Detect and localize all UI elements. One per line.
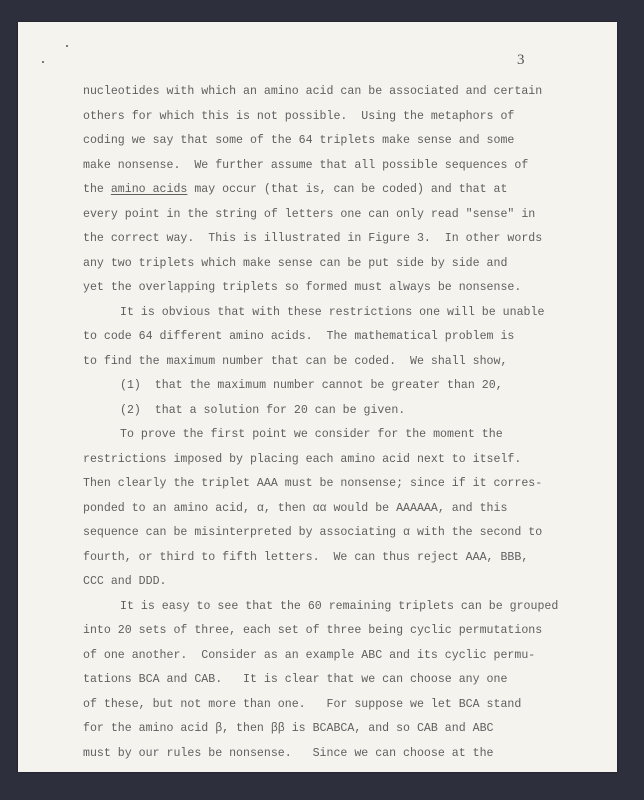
text-line: sequence can be misinterpreted by associ… <box>83 521 613 546</box>
paper-speck <box>42 61 44 63</box>
typewritten-body: nucleotides with which an amino acid can… <box>83 80 613 766</box>
text-line: every point in the string of letters one… <box>83 203 613 228</box>
text-line: nucleotides with which an amino acid can… <box>83 80 613 105</box>
text-line: of one another. Consider as an example A… <box>83 644 613 669</box>
text-line: Then clearly the triplet AAA must be non… <box>83 472 613 497</box>
text-fragment: may occur (that is, can be coded) and th… <box>187 183 507 196</box>
text-line-with-underline: the amino acids may occur (that is, can … <box>83 178 613 203</box>
list-item-2: (2) that a solution for 20 can be given. <box>83 399 613 424</box>
text-line: yet the overlapping triplets so formed m… <box>83 276 613 301</box>
text-line: tations BCA and CAB. It is clear that we… <box>83 668 613 693</box>
text-line: CCC and DDD. <box>83 570 613 595</box>
paragraph-start-line: It is obvious that with these restrictio… <box>83 301 613 326</box>
text-fragment: the <box>83 183 111 196</box>
underlined-phrase: amino acids <box>111 183 188 196</box>
text-line: to find the maximum number that can be c… <box>83 350 613 375</box>
text-line: coding we say that some of the 64 triple… <box>83 129 613 154</box>
text-line: others for which this is not possible. U… <box>83 105 613 130</box>
paragraph-start-line: It is easy to see that the 60 remaining … <box>83 595 613 620</box>
page-number: 3 <box>517 52 525 69</box>
text-line: fourth, or third to fifth letters. We ca… <box>83 546 613 571</box>
list-item-1: (1) that the maximum number cannot be gr… <box>83 374 613 399</box>
text-line: for the amino acid β, then ββ is BCABCA,… <box>83 717 613 742</box>
text-line: must by our rules be nonsense. Since we … <box>83 742 613 767</box>
text-line: make nonsense. We further assume that al… <box>83 154 613 179</box>
text-line: of these, but not more than one. For sup… <box>83 693 613 718</box>
text-line: any two triplets which make sense can be… <box>83 252 613 277</box>
text-line: restrictions imposed by placing each ami… <box>83 448 613 473</box>
text-line: the correct way. This is illustrated in … <box>83 227 613 252</box>
text-line: into 20 sets of three, each set of three… <box>83 619 613 644</box>
text-line: ponded to an amino acid, α, then αα woul… <box>83 497 613 522</box>
text-line: to code 64 different amino acids. The ma… <box>83 325 613 350</box>
document-page: 3 nucleotides with which an amino acid c… <box>18 22 617 772</box>
paper-speck <box>66 45 68 47</box>
paragraph-start-line: To prove the first point we consider for… <box>83 423 613 448</box>
